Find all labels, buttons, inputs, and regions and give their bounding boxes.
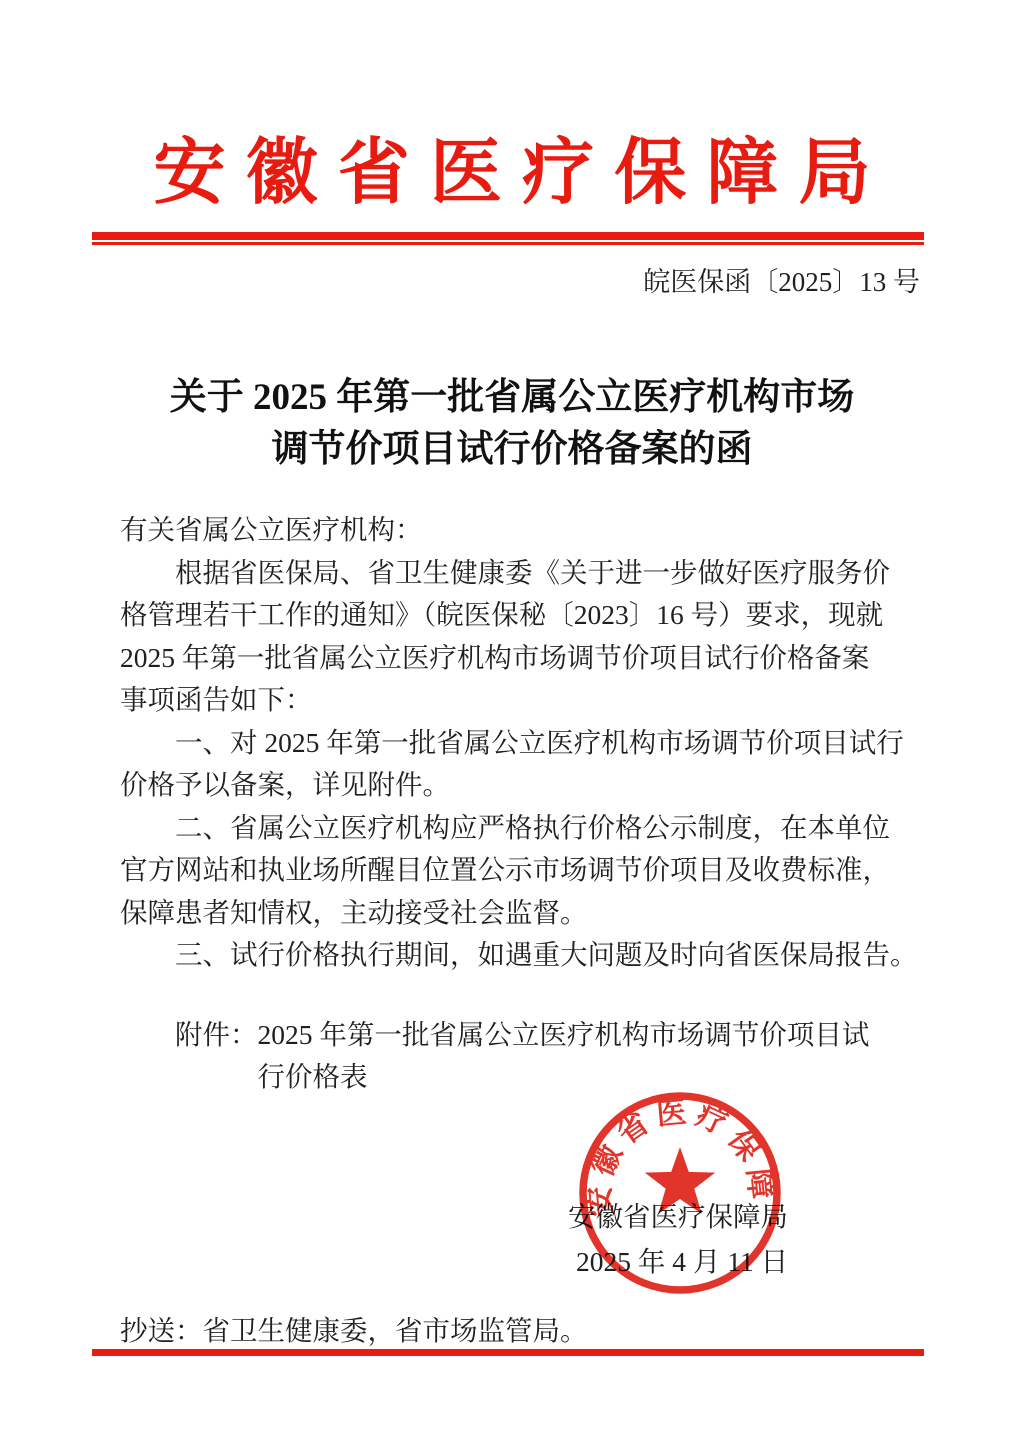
footer-rule <box>92 1349 924 1356</box>
official-letter-page: 安徽省医疗保障局 皖医保函〔2025〕13 号 关于 2025 年第一批省属公立… <box>0 0 1024 1448</box>
paragraph-item-2: 二、省属公立医疗机构应严格执行价格公示制度，在本单位 官方网站和执业场所醒目位置… <box>120 807 926 935</box>
salutation: 有关省属公立医疗机构： <box>120 509 926 552</box>
rule-thin-band <box>92 242 924 245</box>
document-title-line2: 调节价项目试行价格备案的函 <box>0 424 1024 476</box>
rule-thick-band <box>92 232 924 240</box>
document-title: 关于 2025 年第一批省属公立医疗机构市场 调节价项目试行价格备案的函 <box>0 372 1024 476</box>
seal-star-icon <box>645 1147 715 1214</box>
attachment-label: 附件： <box>175 1014 258 1099</box>
paragraph-item-1: 一、对 2025 年第一批省属公立医疗机构市场调节价项目试行 价格予以备案，详见… <box>120 722 926 807</box>
paragraph-intro: 根据省医保局、省卫生健康委《关于进一步做好医疗服务价 格管理若干工作的通知》（皖… <box>120 552 926 722</box>
official-seal-stamp: 安徽省医疗保障局 <box>574 1087 786 1299</box>
cc-recipients: 抄送：省卫生健康委，省市场监管局。 <box>120 1316 926 1346</box>
document-title-line1: 关于 2025 年第一批省属公立医疗机构市场 <box>0 372 1024 424</box>
letterhead-divider-rule <box>92 232 924 245</box>
letterhead-agency-title: 安徽省医疗保障局 <box>0 128 1024 218</box>
document-number: 皖医保函〔2025〕13 号 <box>120 266 920 298</box>
attachment-note: 附件： 2025 年第一批省属公立医疗机构市场调节价项目试 行价格表 <box>120 1014 926 1099</box>
letter-body: 有关省属公立医疗机构： 根据省医保局、省卫生健康委《关于进一步做好医疗服务价 格… <box>120 509 926 1099</box>
paragraph-item-3: 三、试行价格执行期间，如遇重大问题及时向省医保局报告。 <box>120 934 926 977</box>
attachment-text: 2025 年第一批省属公立医疗机构市场调节价项目试 行价格表 <box>258 1014 870 1099</box>
